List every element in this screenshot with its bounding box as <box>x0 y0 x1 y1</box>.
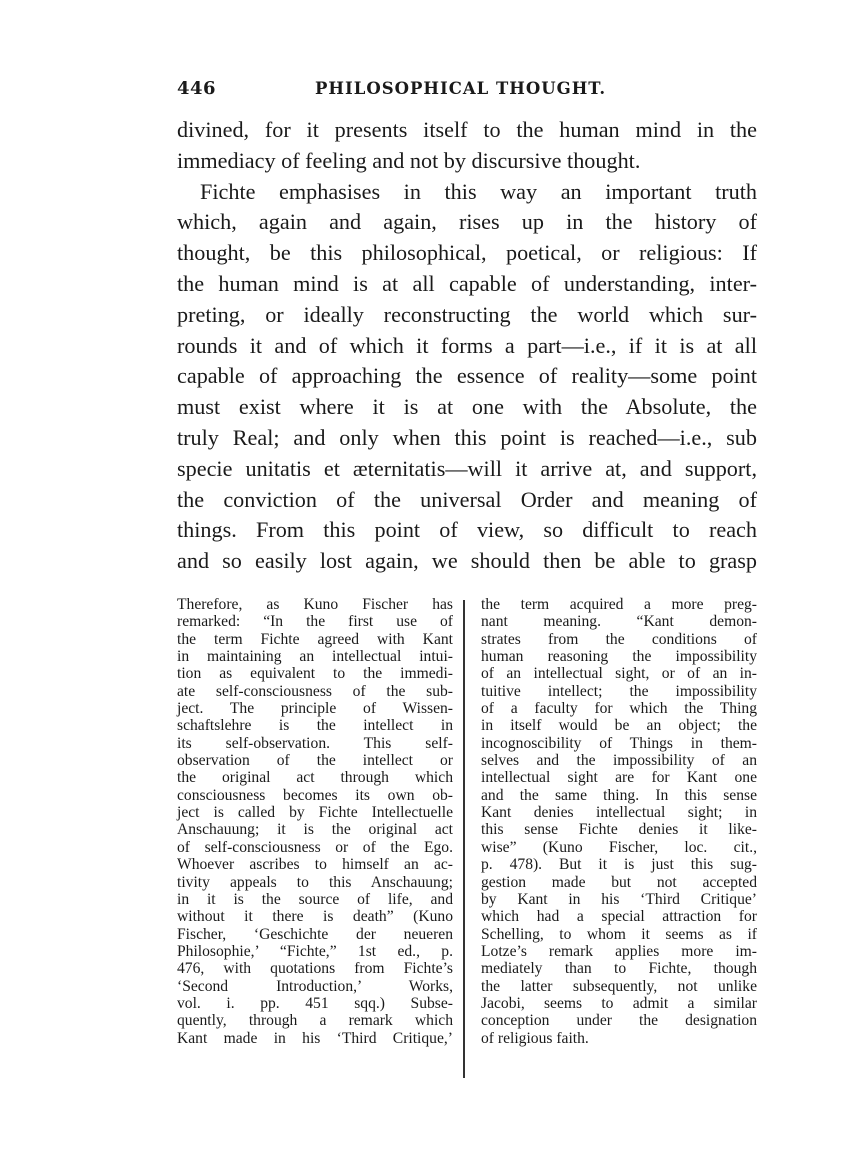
body-line: thought, be this philosophical, poetical… <box>177 238 757 269</box>
footnote-line: this sense Fichte denies it like- <box>481 821 757 838</box>
footnote-line: tion as equivalent to the immedi- <box>177 665 453 682</box>
book-page: 446 PHILOSOPHICAL THOUGHT. divined, for … <box>177 76 757 102</box>
body-line: Fichte emphasises in this way an importa… <box>177 177 757 208</box>
footnote-line: Kant made in his ‘Third Critique,’ <box>177 1030 453 1047</box>
footnote-line: strates from the conditions of <box>481 631 757 648</box>
footnote-line: Whoever ascribes to himself an ac- <box>177 856 453 873</box>
body-line: capable of approaching the essence of re… <box>177 361 757 392</box>
footnote-line: incognoscibility of Things in them- <box>481 735 757 752</box>
footnote-line: human reasoning the impossibility <box>481 648 757 665</box>
footnote-line: by Kant in his ‘Third Critique’ <box>481 891 757 908</box>
footnote-line: in itself would be an object; the <box>481 717 757 734</box>
footnote-line: p. 478). But it is just this sug- <box>481 856 757 873</box>
footnote-line: ‘Second Introduction,’ Works, <box>177 978 453 995</box>
footnote-line: the original act through which <box>177 769 453 786</box>
body-line: the conviction of the universal Order an… <box>177 485 757 516</box>
footnote-line: tivity appeals to this Anschauung; <box>177 874 453 891</box>
footnote-line: of religious faith. <box>481 1030 757 1047</box>
body-line: which, again and again, rises up in the … <box>177 207 757 238</box>
footnote-line: of self-consciousness or of the Ego. <box>177 839 453 856</box>
page-number: 446 <box>177 76 216 102</box>
body-line: and so easily lost again, we should then… <box>177 546 757 577</box>
body-line: divined, for it presents itself to the h… <box>177 115 757 146</box>
footnote-line: Fischer, ‘Geschichte der neueren <box>177 926 453 943</box>
footnote-line: ject is called by Fichte Intellectuelle <box>177 804 453 821</box>
footnote-line: ject. The principle of Wissen- <box>177 700 453 717</box>
column-divider <box>463 600 465 1078</box>
footnote-line: tuitive intellect; the impossibility <box>481 683 757 700</box>
body-line: things. From this point of view, so diff… <box>177 515 757 546</box>
footnote-line: mediately than to Fichte, though <box>481 960 757 977</box>
footnote-line: nant meaning. “Kant demon- <box>481 613 757 630</box>
footnote-line: Jacobi, seems to admit a similar <box>481 995 757 1012</box>
body-line: rounds it and of which it forms a part—i… <box>177 331 757 362</box>
footnote-line: and the same thing. In this sense <box>481 787 757 804</box>
body-paragraphs: divined, for it presents itself to the h… <box>177 115 757 577</box>
footnote-line: the term Fichte agreed with Kant <box>177 631 453 648</box>
footnote-line: which had a special attraction for <box>481 908 757 925</box>
footnote-line: its self-observation. This self- <box>177 735 453 752</box>
footnote-line: observation of the intellect or <box>177 752 453 769</box>
footnote-line: wise” (Kuno Fischer, loc. cit., <box>481 839 757 856</box>
footnote-line: Therefore, as Kuno Fischer has <box>177 596 453 613</box>
body-line: the human mind is at all capable of unde… <box>177 269 757 300</box>
footnote-line: Philosophie,’ “Fichte,” 1st ed., p. <box>177 943 453 960</box>
footnote-line: Kant denies intellectual sight; in <box>481 804 757 821</box>
footnote-line: of a faculty for which the Thing <box>481 700 757 717</box>
footnote-line: vol. i. pp. 451 sqq.) Subse- <box>177 995 453 1012</box>
footnote-line: in it is the source of life, and <box>177 891 453 908</box>
footnote-line: Lotze’s remark applies more im- <box>481 943 757 960</box>
footnote-line: without it there is death” (Kuno <box>177 908 453 925</box>
footnote-line: 476, with quotations from Fichte’s <box>177 960 453 977</box>
footnote-line: of an intellectual sight, or of an in- <box>481 665 757 682</box>
footnote-line: schaftslehre is the intellect in <box>177 717 453 734</box>
footnote-line: remarked: “In the first use of <box>177 613 453 630</box>
body-line: specie unitatis et æternitatis—will it a… <box>177 454 757 485</box>
footnote-line: Schelling, to whom it seems as if <box>481 926 757 943</box>
running-title: PHILOSOPHICAL THOUGHT. <box>315 76 606 102</box>
footnote-line: gestion made but not accepted <box>481 874 757 891</box>
footnote-line: Anschauung; it is the original act <box>177 821 453 838</box>
footnote-line: quently, through a remark which <box>177 1012 453 1029</box>
footnote-line: intellectual sight are for Kant one <box>481 769 757 786</box>
footnote-line: ate self-consciousness of the sub- <box>177 683 453 700</box>
footnote-line: consciousness becomes its own ob- <box>177 787 453 804</box>
footnote-line: the latter subsequently, not unlike <box>481 978 757 995</box>
body-line: preting, or ideally reconstructing the w… <box>177 300 757 331</box>
footnote-line: the term acquired a more preg- <box>481 596 757 613</box>
running-head: 446 PHILOSOPHICAL THOUGHT. <box>177 76 757 102</box>
footnote-left-column: Therefore, as Kuno Fischer has remarked:… <box>177 596 453 1047</box>
body-line: immediacy of feeling and not by discursi… <box>177 146 757 177</box>
footnote-line: in maintaining an intellectual intui- <box>177 648 453 665</box>
footnote-block: Therefore, as Kuno Fischer has remarked:… <box>177 596 757 1086</box>
body-line: truly Real; and only when this point is … <box>177 423 757 454</box>
footnote-line: conception under the designation <box>481 1012 757 1029</box>
footnote-right-column: the term acquired a more preg- nant mean… <box>481 596 757 1047</box>
body-line: must exist where it is at one with the A… <box>177 392 757 423</box>
footnote-line: selves and the impossibility of an <box>481 752 757 769</box>
